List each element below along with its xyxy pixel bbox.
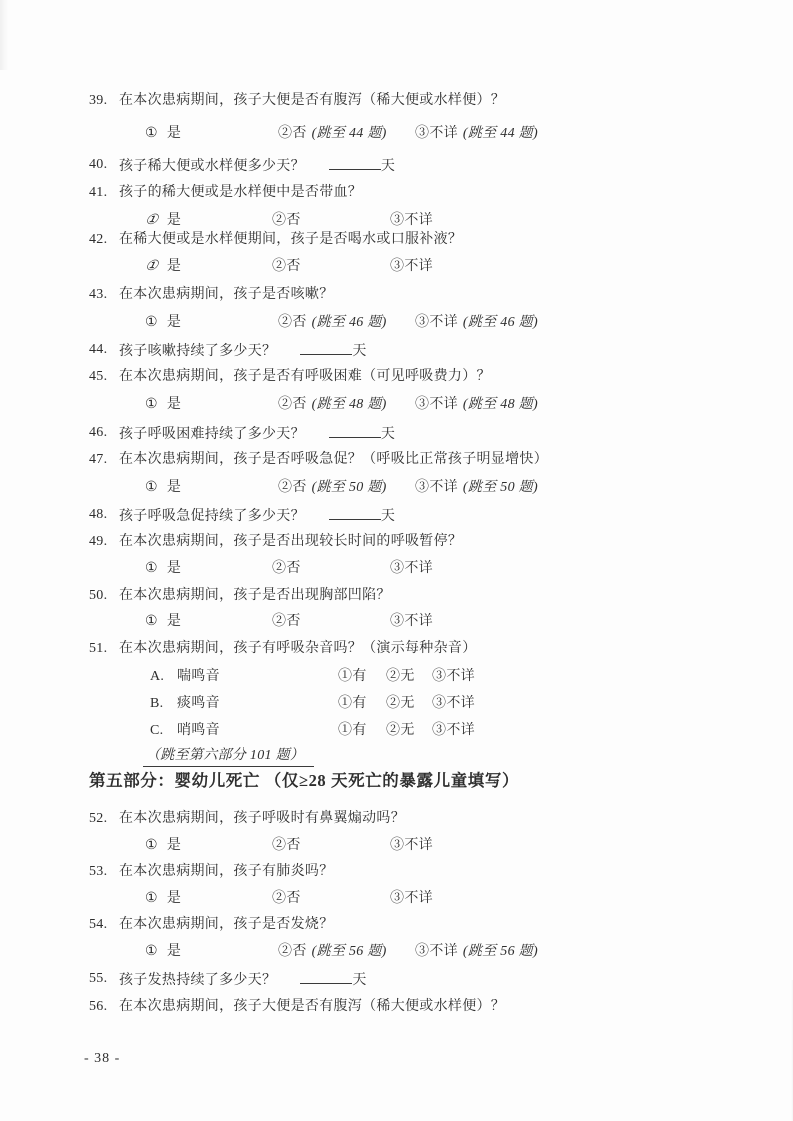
option: ③不详 [390, 890, 433, 908]
answer-line: 孩子呼吸急促持续了多少天？天 [119, 506, 395, 526]
option-circle: ① [145, 561, 158, 576]
option-circle: ③ [415, 944, 429, 959]
option-jump-note: (跳至 44 题) [463, 126, 538, 141]
option-label: 是 [167, 259, 181, 274]
option-label: 有 [352, 723, 366, 738]
answer-line: 孩子发热持续了多少天？天 [119, 970, 367, 990]
answer-line: 孩子呼吸困难持续了多少天？天 [119, 424, 395, 444]
option-circle: ① [145, 480, 158, 495]
option-label: 有 [352, 696, 366, 711]
option-jump-note: (跳至 48 题) [312, 397, 387, 412]
question-number: 45. [89, 368, 107, 386]
option: ①是 [145, 560, 181, 578]
option-label: 否 [292, 480, 306, 495]
answer-blank [329, 424, 381, 438]
option-circle: ① [145, 126, 158, 141]
question-text: 在本次患病期间，孩子是否有呼吸困难（可见呼吸费力）？ [119, 368, 491, 386]
option-label: 否 [286, 614, 300, 629]
question-text: 在本次患病期间，孩子大便是否有腹泻（稀大便或水样便）？ [119, 998, 505, 1016]
sub-item-text: 哨鸣音 [177, 722, 220, 740]
option-circle: ① [145, 614, 158, 629]
option-label: 是 [167, 315, 181, 330]
option: ②否 [272, 258, 301, 276]
question-49: 49.在本次患病期间，孩子是否出现较长时间的呼吸暂停？ [0, 533, 793, 555]
option-circle: ③ [390, 891, 404, 906]
option-circle: ② [386, 696, 400, 711]
option-label: 不详 [429, 397, 458, 412]
scanned-questionnaire-page: 39.在本次患病期间，孩子大便是否有腹泻（稀大便或水样便）？①是②否(跳至 44… [0, 0, 793, 1121]
option-label: 不详 [429, 126, 458, 141]
option: ①有 [338, 722, 367, 740]
option: ②否 [272, 613, 301, 631]
option: ③不详 [390, 613, 433, 631]
option: ②否 [272, 560, 301, 578]
option: ③不详(跳至 46 题) [415, 314, 538, 332]
option-circle: ③ [415, 397, 429, 412]
options-row: ①是②否(跳至 48 题)③不详(跳至 48 题) [0, 396, 793, 418]
answer-blank [300, 341, 352, 355]
option-label: 是 [167, 213, 181, 228]
option-label: 不详 [429, 315, 458, 330]
option: ①是 [145, 314, 181, 332]
option-label: 是 [167, 561, 181, 576]
option-circle: ① [143, 212, 160, 230]
option: ②否 [272, 837, 301, 855]
question-42: 42.在稀大便或是水样便期间，孩子是否喝水或口服补液？ [0, 231, 793, 253]
question-number: 44. [89, 341, 107, 359]
sub-item-text: 喘鸣音 [177, 668, 220, 686]
option-label: 无 [400, 696, 414, 711]
option-circle: ① [145, 315, 158, 330]
option-circle: ② [272, 614, 286, 629]
scan-edge-shadow [0, 0, 8, 70]
option: ③不详 [390, 212, 433, 230]
option-label: 否 [286, 259, 300, 274]
answer-line: 孩子稀大便或水样便多少天？天 [119, 156, 395, 176]
option-label: 是 [167, 614, 181, 629]
option-label: 否 [286, 561, 300, 576]
option-label: 不详 [429, 480, 458, 495]
option: ③不详 [432, 695, 475, 713]
option: ①有 [338, 695, 367, 713]
question-number: 46. [89, 424, 107, 442]
question-text: 在本次患病期间，孩子呼吸时有鼻翼煽动吗？ [119, 810, 405, 828]
option-label: 不详 [446, 723, 475, 738]
option-circle: ③ [390, 561, 404, 576]
option-label: 不详 [404, 561, 433, 576]
option: ②否 [272, 890, 301, 908]
options-row: ①是②否③不详 [0, 613, 793, 635]
option-circle: ① [143, 258, 160, 276]
option: ③不详 [390, 837, 433, 855]
options-row: ①是②否③不详 [0, 890, 793, 912]
option-label: 不详 [446, 669, 475, 684]
question-number: 55. [89, 970, 107, 988]
option-circle: ② [272, 891, 286, 906]
option: ①是 [145, 212, 181, 230]
option-label: 无 [400, 723, 414, 738]
option-label: 是 [167, 891, 181, 906]
jump-note: （跳至第六部分 101 题） [0, 747, 793, 769]
question-54: 54.在本次患病期间，孩子是否发烧？ [0, 916, 793, 938]
option-label: 不详 [404, 614, 433, 629]
option-label: 不详 [446, 696, 475, 711]
question-44: 44.孩子咳嗽持续了多少天？天 [0, 341, 793, 363]
question-50: 50.在本次患病期间，孩子是否出现胸部凹陷？ [0, 587, 793, 609]
question-number: 50. [89, 587, 107, 605]
option-circle: ② [272, 259, 286, 274]
option-circle: ② [272, 561, 286, 576]
question-number: 48. [89, 506, 107, 524]
option-circle: ② [386, 723, 400, 738]
option-label: 否 [292, 397, 306, 412]
option-circle: ① [338, 669, 352, 684]
options-row: ①是②否③不详 [0, 560, 793, 582]
sub-item-text: 痰鸣音 [177, 695, 220, 713]
options-row: ①是②否③不详 [0, 837, 793, 859]
question-53: 53.在本次患病期间，孩子有肺炎吗？ [0, 863, 793, 885]
question-number: 40. [89, 156, 107, 174]
page-number: - 38 - [84, 1051, 120, 1067]
question-text: 在本次患病期间，孩子是否出现较长时间的呼吸暂停？ [119, 533, 462, 551]
option-circle: ③ [390, 838, 404, 853]
option-circle: ① [338, 723, 352, 738]
options-row: ①是②否(跳至 46 题)③不详(跳至 46 题) [0, 314, 793, 336]
question-43: 43.在本次患病期间，孩子是否咳嗽？ [0, 286, 793, 308]
unit-label: 天 [352, 973, 366, 988]
option-circle: ① [338, 696, 352, 711]
option-label: 否 [286, 838, 300, 853]
option: ①是 [145, 837, 181, 855]
question-text: 在本次患病期间，孩子大便是否有腹泻（稀大便或水样便）？ [119, 92, 505, 110]
option-label: 是 [167, 944, 181, 959]
option-circle: ② [272, 838, 286, 853]
question-text: 孩子呼吸急促持续了多少天？ [119, 509, 305, 524]
option: ②否(跳至 48 题) [278, 396, 387, 414]
option: ②否(跳至 44 题) [278, 125, 387, 143]
question-text: 在本次患病期间，孩子是否咳嗽？ [119, 286, 334, 304]
option-circle: ③ [415, 480, 429, 495]
question-55: 55.孩子发热持续了多少天？天 [0, 970, 793, 992]
question-number: 51. [89, 640, 107, 658]
options-row: ①是②否(跳至 50 题)③不详(跳至 50 题) [0, 479, 793, 501]
option: ①是 [145, 890, 181, 908]
option: ③不详(跳至 44 题) [415, 125, 538, 143]
option: ②否 [272, 212, 301, 230]
option-label: 否 [292, 944, 306, 959]
question-text: 在本次患病期间，孩子是否出现胸部凹陷？ [119, 587, 391, 605]
question-text: 在本次患病期间，孩子是否发烧？ [119, 916, 334, 934]
question-52: 52.在本次患病期间，孩子呼吸时有鼻翼煽动吗？ [0, 810, 793, 832]
option-circle: ① [145, 838, 158, 853]
unit-label: 天 [381, 159, 395, 174]
question-number: 43. [89, 286, 107, 304]
option: ②否(跳至 56 题) [278, 943, 387, 961]
option-jump-note: (跳至 46 题) [463, 315, 538, 330]
option: ②无 [386, 668, 415, 686]
option-circle: ③ [390, 213, 404, 228]
option-jump-note: (跳至 50 题) [312, 480, 387, 495]
question-text: 孩子稀大便或水样便多少天？ [119, 159, 305, 174]
options-row: ①是②否(跳至 56 题)③不详(跳至 56 题) [0, 943, 793, 965]
question-text: 在稀大便或是水样便期间，孩子是否喝水或口服补液？ [119, 231, 462, 249]
option: ②否(跳至 50 题) [278, 479, 387, 497]
question-47: 47.在本次患病期间，孩子是否呼吸急促？（呼吸比正常孩子明显增快） [0, 451, 793, 473]
option-circle: ① [145, 944, 158, 959]
section-header: 第五部分：婴幼儿死亡 （仅≥28 天死亡的暴露儿童填写） [0, 772, 793, 794]
option-circle: ② [278, 397, 292, 412]
option-circle: ① [145, 891, 158, 906]
option: ③不详 [432, 668, 475, 686]
option: ③不详 [390, 258, 433, 276]
sub-item-b: B.痰鸣音①有②无③不详 [0, 695, 793, 717]
option: ①有 [338, 668, 367, 686]
question-number: 47. [89, 451, 107, 469]
option-circle: ② [278, 315, 292, 330]
option: ②无 [386, 695, 415, 713]
option: ①是 [145, 125, 181, 143]
question-45: 45.在本次患病期间，孩子是否有呼吸困难（可见呼吸费力）？ [0, 368, 793, 390]
option-label: 不详 [404, 838, 433, 853]
option-jump-note: (跳至 48 题) [463, 397, 538, 412]
question-number: 42. [89, 231, 107, 249]
option-circle: ③ [432, 723, 446, 738]
option-jump-note: (跳至 46 题) [312, 315, 387, 330]
option-label: 否 [286, 891, 300, 906]
question-51: 51.在本次患病期间，孩子有呼吸杂音吗？（演示每种杂音） [0, 640, 793, 662]
option-circle: ② [272, 213, 286, 228]
question-number: 49. [89, 533, 107, 551]
option-label: 否 [286, 213, 300, 228]
option-label: 无 [400, 669, 414, 684]
option: ①是 [145, 258, 181, 276]
option-circle: ③ [390, 259, 404, 274]
option: ③不详 [432, 722, 475, 740]
unit-label: 天 [381, 509, 395, 524]
option-label: 有 [352, 669, 366, 684]
question-text: 在本次患病期间，孩子有肺炎吗？ [119, 863, 334, 881]
question-56: 56.在本次患病期间，孩子大便是否有腹泻（稀大便或水样便）？ [0, 998, 793, 1020]
question-text: 孩子发热持续了多少天？ [119, 973, 276, 988]
question-number: 39. [89, 92, 107, 110]
question-text: 在本次患病期间，孩子是否呼吸急促？（呼吸比正常孩子明显增快） [119, 451, 548, 469]
option: ②无 [386, 722, 415, 740]
option-circle: ② [278, 944, 292, 959]
option: ②否(跳至 46 题) [278, 314, 387, 332]
option-circle: ② [278, 480, 292, 495]
question-number: 54. [89, 916, 107, 934]
option-label: 不详 [404, 213, 433, 228]
option-circle: ③ [415, 315, 429, 330]
option-label: 不详 [404, 891, 433, 906]
jump-note-text: （跳至第六部分 101 题） [143, 747, 314, 767]
options-row: ①是②否(跳至 44 题)③不详(跳至 44 题) [0, 125, 793, 147]
option-jump-note: (跳至 50 题) [463, 480, 538, 495]
section-title: 第五部分：婴幼儿死亡 （仅≥28 天死亡的暴露儿童填写） [89, 772, 519, 790]
question-48: 48.孩子呼吸急促持续了多少天？天 [0, 506, 793, 528]
option-label: 不详 [404, 259, 433, 274]
question-text: 孩子咳嗽持续了多少天？ [119, 344, 276, 359]
sub-item-a: A.喘鸣音①有②无③不详 [0, 668, 793, 690]
option-circle: ① [145, 397, 158, 412]
option-label: 是 [167, 397, 181, 412]
sub-item-c: C.哨鸣音①有②无③不详 [0, 722, 793, 744]
option-circle: ② [386, 669, 400, 684]
option-circle: ③ [415, 126, 429, 141]
option-label: 否 [292, 315, 306, 330]
option: ③不详 [390, 560, 433, 578]
option-circle: ③ [432, 696, 446, 711]
option-circle: ② [278, 126, 292, 141]
unit-label: 天 [352, 344, 366, 359]
option-label: 是 [167, 838, 181, 853]
question-number: 56. [89, 998, 107, 1016]
question-40: 40.孩子稀大便或水样便多少天？天 [0, 156, 793, 178]
option: ①是 [145, 943, 181, 961]
answer-blank [300, 970, 352, 984]
option-circle: ③ [390, 614, 404, 629]
sub-item-letter: C. [150, 722, 163, 740]
option-label: 不详 [429, 944, 458, 959]
question-text: 在本次患病期间，孩子有呼吸杂音吗？（演示每种杂音） [119, 640, 477, 658]
option: ③不详(跳至 48 题) [415, 396, 538, 414]
option: ①是 [145, 396, 181, 414]
option: ①是 [145, 613, 181, 631]
option-jump-note: (跳至 44 题) [312, 126, 387, 141]
option-circle: ③ [432, 669, 446, 684]
question-number: 53. [89, 863, 107, 881]
answer-blank [329, 156, 381, 170]
question-number: 52. [89, 810, 107, 828]
question-39: 39.在本次患病期间，孩子大便是否有腹泻（稀大便或水样便）？ [0, 92, 793, 114]
unit-label: 天 [381, 427, 395, 442]
sub-item-letter: A. [150, 668, 164, 686]
question-41: 41.孩子的稀大便或是水样便中是否带血？ [0, 184, 793, 206]
answer-line: 孩子咳嗽持续了多少天？天 [119, 341, 367, 361]
option: ③不详(跳至 50 题) [415, 479, 538, 497]
answer-blank [329, 506, 381, 520]
option: ①是 [145, 479, 181, 497]
option-label: 否 [292, 126, 306, 141]
options-row: ①是②否③不详 [0, 258, 793, 280]
question-46: 46.孩子呼吸困难持续了多少天？天 [0, 424, 793, 446]
option-label: 是 [167, 126, 181, 141]
question-number: 41. [89, 184, 107, 202]
option-jump-note: (跳至 56 题) [312, 944, 387, 959]
option-label: 是 [167, 480, 181, 495]
sub-item-letter: B. [150, 695, 163, 713]
option-jump-note: (跳至 56 题) [463, 944, 538, 959]
option: ③不详(跳至 56 题) [415, 943, 538, 961]
question-text: 孩子的稀大便或是水样便中是否带血？ [119, 184, 362, 202]
question-text: 孩子呼吸困难持续了多少天？ [119, 427, 305, 442]
